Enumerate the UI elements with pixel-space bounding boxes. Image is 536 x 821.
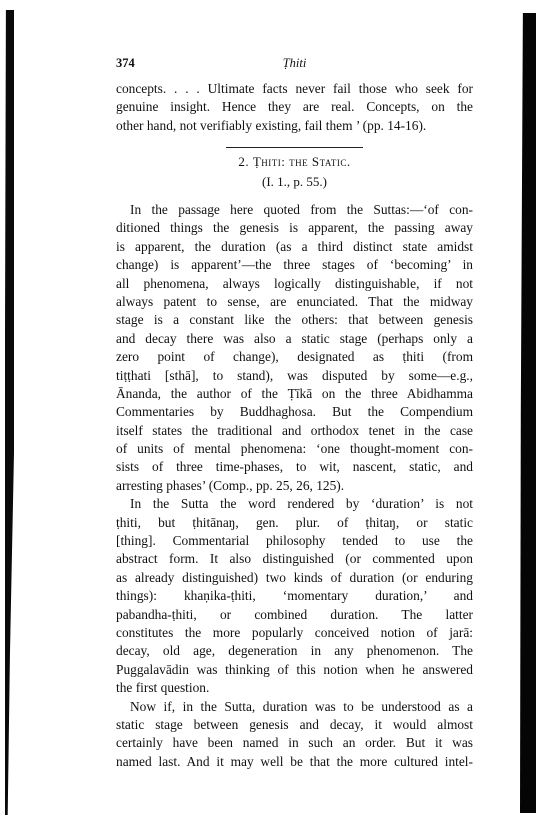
text-line: change) is apparent’—the three stages of… xyxy=(116,256,473,274)
text-line: the first question. xyxy=(116,679,473,697)
section-heading-block: 2. Ṭhiti: the Static. (I. 1., p. 55.) xyxy=(116,152,473,192)
running-head: 374 Ṭhiti xyxy=(116,56,473,74)
text-line: Ānanda, the author of the Ṭīkā on the th… xyxy=(116,385,473,403)
text-line: ditioned things the genesis is apparent,… xyxy=(116,219,473,237)
text-line: zero point of change), designated as ṭhi… xyxy=(116,348,473,366)
main-text: In the passage here quoted from the Sutt… xyxy=(116,201,473,771)
text-line: itself states the traditional and orthod… xyxy=(116,422,473,440)
text-line: In the passage here quoted from the Sutt… xyxy=(116,201,473,219)
text-line: sists of three time-phases, to wit, nasc… xyxy=(116,458,473,476)
continuation-paragraph: concepts. . . . Ultimate facts never fai… xyxy=(116,80,473,135)
text-line: Commentaries by Buddhaghosa. But the Com… xyxy=(116,403,473,421)
text-line: pabandha-ṭhiti, or combined duration. Th… xyxy=(116,606,473,624)
text-line: static stage between genesis and decay, … xyxy=(116,716,473,734)
running-title: Ṭhiti xyxy=(116,56,473,71)
paragraph-1: In the passage here quoted from the Sutt… xyxy=(116,201,473,495)
section-reference: (I. 1., p. 55.) xyxy=(116,172,473,192)
text-line: is apparent, the duration (as a third di… xyxy=(116,238,473,256)
text-line: things): khaṇika-ṭhiti, ‘momentary durat… xyxy=(116,587,473,605)
text-line: always patent to sense, are enunciated. … xyxy=(116,293,473,311)
text-line: and decay there was also a static stage … xyxy=(116,330,473,348)
text-line: arresting phases’ (Comp., pp. 25, 26, 12… xyxy=(116,477,473,495)
text-line: all phenomena, always logically distingu… xyxy=(116,275,473,293)
paragraph-2: In the Sutta the word rendered by ‘durat… xyxy=(116,495,473,697)
scan-edge-left xyxy=(5,10,14,815)
section-divider xyxy=(226,147,363,148)
text-line: Puggalavādin was thinking of this notion… xyxy=(116,661,473,679)
text-line: as already distinguished) two kinds of d… xyxy=(116,569,473,587)
text-line: [thing]. Commentarial philosophy tended … xyxy=(116,532,473,550)
text-line: certainly have been named in such an ord… xyxy=(116,734,473,752)
text-line: concepts. . . . Ultimate facts never fai… xyxy=(116,80,473,98)
scan-edge-right xyxy=(520,13,536,813)
paragraph-3: Now if, in the Sutta, duration was to be… xyxy=(116,698,473,772)
text-line: of units of mental phenomena: ‘one thoug… xyxy=(116,440,473,458)
text-line: constitutes the more popularly conceived… xyxy=(116,624,473,642)
text-line: genuine insight. Hence they are real. Co… xyxy=(116,98,473,116)
text-line: abstract form. It also distinguished (or… xyxy=(116,550,473,568)
text-line: decay, old age, degeneration in any phen… xyxy=(116,642,473,660)
text-line: tiṭṭhati [sthā], to stand), was disputed… xyxy=(116,367,473,385)
text-line: other hand, not verifiably existing, fai… xyxy=(116,117,473,135)
text-line: ṭhiti, but ṭhitānaŋ, gen. plur. of ṭhita… xyxy=(116,514,473,532)
text-line: named last. And it may well be that the … xyxy=(116,753,473,771)
section-heading: 2. Ṭhiti: the Static. xyxy=(116,152,473,172)
text-line: stage is a constant like the others: tha… xyxy=(116,311,473,329)
text-line: In the Sutta the word rendered by ‘durat… xyxy=(116,495,473,513)
text-line: Now if, in the Sutta, duration was to be… xyxy=(116,698,473,716)
